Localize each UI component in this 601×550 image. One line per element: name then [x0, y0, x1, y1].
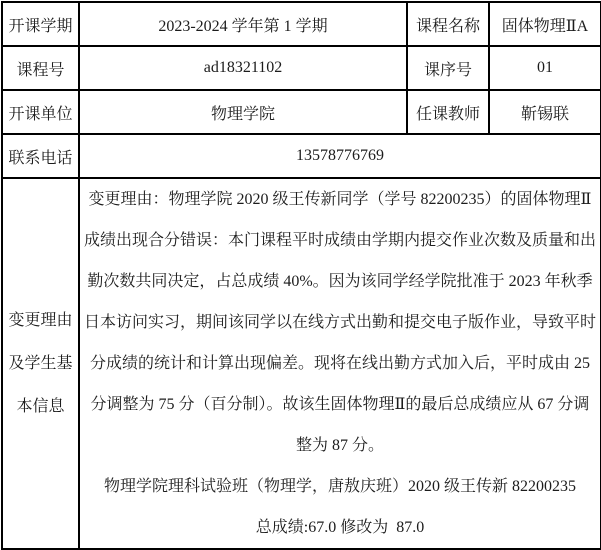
teacher-label-cell: 任课教师	[407, 90, 489, 134]
department-value-cell: 物理学院	[79, 90, 407, 134]
course-name-label-cell: 课程名称	[407, 2, 489, 46]
course-name-value-cell: 固体物理ⅡA	[489, 2, 601, 46]
course-no-label-cell: 课程号	[2, 46, 79, 90]
row-department-teacher: 开课单位 物理学院 任课教师 靳锡联	[2, 90, 601, 134]
reason-text-line: 整为 87 分。	[80, 425, 600, 466]
reason-content-cell: 变更理由：物理学院 2020 级王传新同学（学号 82200235）的固体物理Ⅱ…	[79, 178, 601, 549]
reason-label-line: 变更理由	[3, 299, 78, 342]
teacher-value-cell: 靳锡联	[489, 90, 601, 134]
semester-label-cell: 开课学期	[2, 2, 79, 46]
reason-label-line: 及学生基	[3, 342, 78, 385]
row-courseno-seqno: 课程号 ad18321102 课序号 01	[2, 46, 601, 90]
reason-label-line: 本信息	[3, 385, 78, 428]
department-label-cell: 开课单位	[2, 90, 79, 134]
class-seq-no-value-cell: 01	[489, 46, 601, 90]
reason-label-cell: 变更理由 及学生基 本信息	[2, 178, 79, 549]
row-phone: 联系电话 13578776769	[2, 134, 601, 178]
phone-value-cell: 13578776769	[79, 134, 601, 178]
semester-value-cell: 2023-2024 学年第 1 学期	[79, 2, 407, 46]
row-semester-coursename: 开课学期 2023-2024 学年第 1 学期 课程名称 固体物理ⅡA	[2, 2, 601, 46]
reason-text-line: 物理学院理科试验班（物理学，唐敖庆班）2020 级王传新 82200235	[80, 466, 600, 507]
reason-text-line: 分调整为 75 分（百分制）。故该生固体物理Ⅱ的最后总成绩应从 67 分调	[80, 384, 600, 425]
class-seq-no-label-cell: 课序号	[407, 46, 489, 90]
reason-text-line: 变更理由：物理学院 2020 级王传新同学（学号 82200235）的固体物理Ⅱ	[80, 179, 600, 220]
reason-text-line: 勤次数共同决定，占总成绩 40%。因为该同学经学院批准于 2023 年秋季在	[80, 261, 600, 302]
reason-text-line: 日本访问实习，期间该同学以在线方式出勤和提交电子版作业，导致平时	[80, 302, 600, 343]
grade-change-form: 开课学期 2023-2024 学年第 1 学期 课程名称 固体物理ⅡA 课程号 …	[0, 0, 601, 550]
reason-text-line: 总成绩:67.0 修改为 87.0	[80, 507, 600, 548]
reason-text-line: 分成绩的统计和计算出现偏差。现将在线出勤方式加入后，平时成由 25	[80, 343, 600, 384]
row-reason: 变更理由 及学生基 本信息 变更理由：物理学院 2020 级王传新同学（学号 8…	[2, 178, 601, 549]
form-table: 开课学期 2023-2024 学年第 1 学期 课程名称 固体物理ⅡA 课程号 …	[1, 1, 601, 550]
phone-label-cell: 联系电话	[2, 134, 79, 178]
course-no-value-cell: ad18321102	[79, 46, 407, 90]
reason-text-line: 成绩出现合分错误：本门课程平时成绩由学期内提交作业次数及质量和出	[80, 220, 600, 261]
